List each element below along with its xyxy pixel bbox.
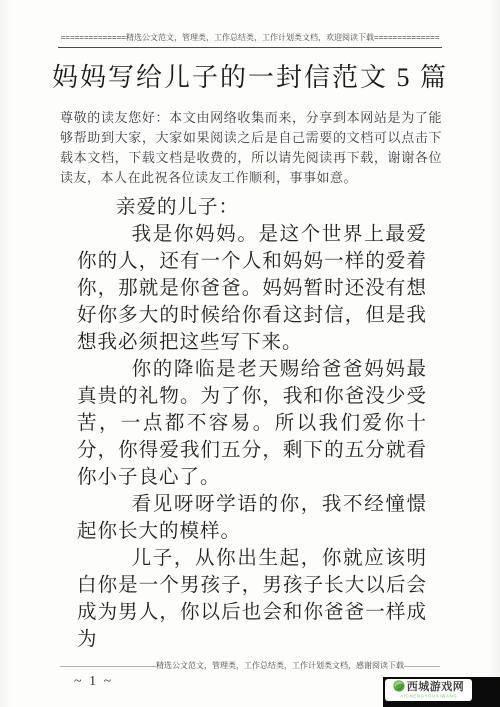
page-header-rule: ==============精选公文范文，管理类，工作总结类，工作计划类文档，欢… bbox=[58, 33, 442, 48]
document-page: ==============精选公文范文，管理类，工作总结类，工作计划类文档，欢… bbox=[0, 0, 500, 707]
green-globe-icon bbox=[393, 680, 405, 694]
letter-salutation: 亲爱的儿子： bbox=[77, 194, 427, 221]
site-watermark: 西城游戏网 XICHENGYOUXIWANG bbox=[383, 677, 500, 707]
letter-paragraph: 儿子，从你出生起，你就应该明白你是一个男孩子，男孩子长大以后会成为男人，你以后也… bbox=[77, 545, 427, 653]
page-title: 妈妈写给儿子的一封信范文 5 篇 bbox=[40, 61, 460, 95]
letter-paragraph: 你的降临是老天赐给爸爸妈妈最真贵的礼物。为了你，我和你爸没少受苦，一点都不容易。… bbox=[77, 356, 427, 491]
watermark-subtext: XICHENGYOUXIWANG bbox=[400, 694, 457, 699]
watermark-plate: 西城游戏网 XICHENGYOUXIWANG bbox=[385, 679, 472, 701]
letter-body: 亲爱的儿子： 我是你妈妈。是这个世界上最爱你的人，还有一个人和妈妈一样的爱着你，… bbox=[77, 194, 427, 653]
watermark-title-row: 西城游戏网 bbox=[393, 680, 465, 694]
page-footer-rule: ————————————精选公文范文，管理类，工作总结类，工作计划类文档，感谢阅… bbox=[60, 661, 440, 671]
letter-paragraph: 看见呀呀学语的你，我不经憧憬起你长大的模样。 bbox=[77, 491, 427, 545]
watermark-site-name: 西城游戏网 bbox=[407, 681, 465, 693]
reader-disclaimer-paragraph: 尊敬的读友您好：本文由网络收集而来，分享到本网站是为了能够帮助到大家，大家如果阅… bbox=[60, 108, 442, 188]
letter-paragraph: 我是你妈妈。是这个世界上最爱你的人，还有一个人和妈妈一样的爱着你，那就是你爸爸。… bbox=[77, 221, 427, 356]
